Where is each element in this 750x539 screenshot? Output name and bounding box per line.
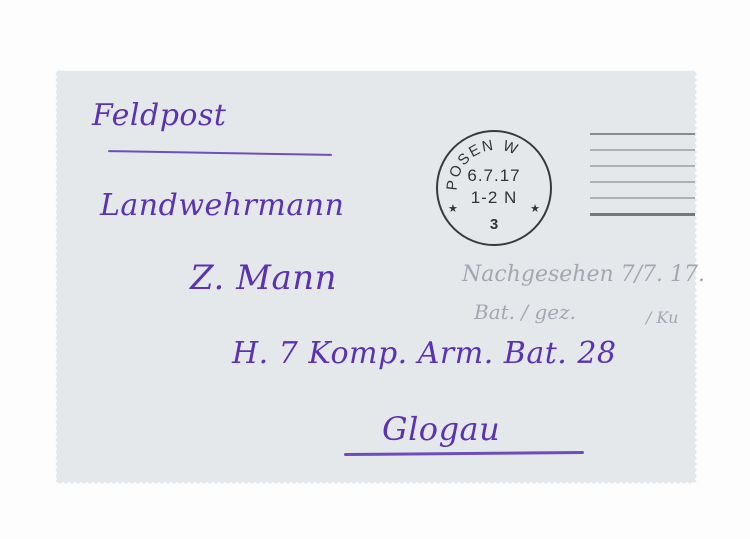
- cancellation-line: [590, 165, 695, 167]
- cancellation-lines: [590, 133, 695, 230]
- feldpost-note: Feldpost: [92, 98, 226, 133]
- destination-city: Glogau: [382, 410, 500, 448]
- cancellation-line: [590, 181, 695, 183]
- unit-address: H. 7 Komp. Arm. Bat. 28: [232, 336, 617, 371]
- cancellation-line: [590, 197, 695, 199]
- pencil-note-initials: / Ku: [646, 308, 678, 327]
- cancellation-line: [590, 213, 695, 216]
- perforated-edge-bottom: [57, 481, 695, 486]
- pencil-note-battalion: Bat. / gez.: [474, 300, 576, 324]
- recipient-rank: Landwehrmann: [100, 188, 344, 223]
- pencil-note-checked: Nachgesehen 7/7. 17.: [462, 262, 705, 287]
- perforated-edge-left: [54, 71, 58, 482]
- star-icon: ★: [448, 202, 458, 215]
- postmark: POSEN W 6.7.17 1-2 N ★ ★ 3: [436, 130, 552, 246]
- star-icon: ★: [530, 202, 540, 215]
- postmark-number: 3: [438, 216, 550, 233]
- cancellation-line: [590, 149, 695, 151]
- recipient-name: Z. Mann: [190, 258, 337, 298]
- postmark-date: 6.7.17: [438, 166, 550, 186]
- cancellation-line: [590, 133, 695, 135]
